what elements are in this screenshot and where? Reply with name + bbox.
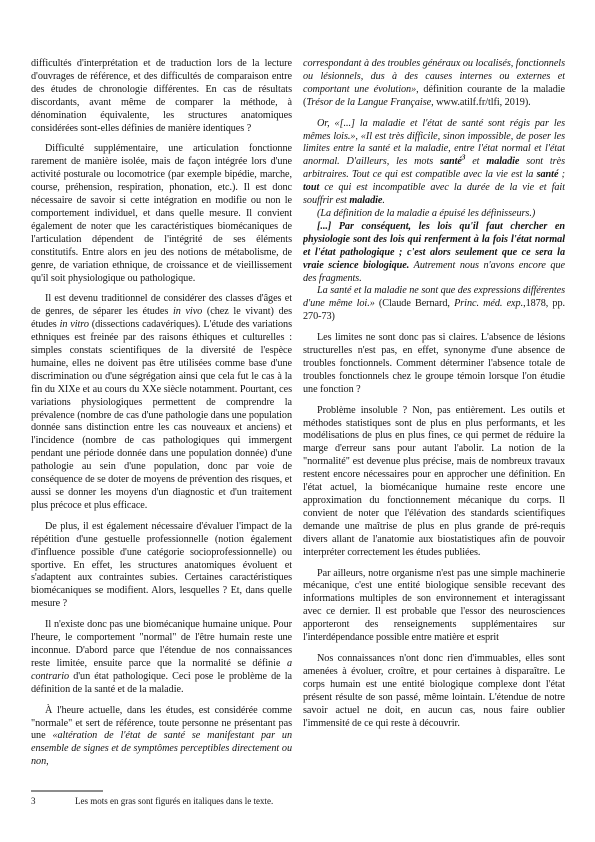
paragraph: À l'heure actuelle, dans les études, est… bbox=[31, 705, 292, 770]
text-run: in vivo bbox=[173, 306, 202, 317]
text-run: Problème insoluble ? Non, pas entièremen… bbox=[303, 405, 565, 558]
text-run: difficultés d'interprétation et de tradu… bbox=[31, 58, 292, 134]
right-column: correspondant à des troubles généraux ou… bbox=[303, 58, 565, 814]
paragraph: Il n'existe donc pas une biomécanique hu… bbox=[31, 619, 292, 696]
text-run: Il n'existe donc pas une biomécanique hu… bbox=[31, 619, 292, 669]
paragraph: De plus, il est également nécessaire d'é… bbox=[31, 521, 292, 611]
left-column: difficultés d'interprétation et de tradu… bbox=[31, 58, 292, 786]
paragraph: [...] Par conséquent, les lois qu'il fau… bbox=[303, 221, 565, 286]
paragraph: Nos connaissances n'ont donc rien d'immu… bbox=[303, 653, 565, 730]
text-run: (Claude Bernard, bbox=[375, 298, 454, 309]
text-run: De plus, il est également nécessaire d'é… bbox=[31, 521, 292, 609]
paragraph: difficultés d'interprétation et de tradu… bbox=[31, 58, 292, 135]
text-run: Princ. méd. exp. bbox=[454, 298, 523, 309]
paragraph: Par ailleurs, notre organisme n'est pas … bbox=[303, 568, 565, 645]
text-run: d'un état pathologique. Ceci pose le pro… bbox=[31, 671, 292, 695]
text-run: Par ailleurs, notre organisme n'est pas … bbox=[303, 568, 565, 644]
text-run: (La définition de la maladie a épuisé le… bbox=[317, 208, 535, 219]
paragraph: Il est devenu traditionnel de considérer… bbox=[31, 293, 292, 512]
footnote-marker: 3 bbox=[31, 795, 75, 807]
text-run: . bbox=[382, 195, 385, 206]
text-run: Les limites ne sont donc pas si claires.… bbox=[303, 332, 565, 395]
text-run: ce qui est incompatible avec la durée de… bbox=[303, 182, 565, 206]
text-run: maladie bbox=[486, 156, 519, 167]
footnote-separator bbox=[31, 790, 103, 792]
paragraph: Or, «[...] la maladie et l'état de santé… bbox=[303, 118, 565, 208]
footnote-text: Les mots en gras sont figurés en italiqu… bbox=[75, 795, 292, 807]
document-page: difficultés d'interprétation et de tradu… bbox=[0, 0, 595, 842]
text-run: santé bbox=[440, 156, 462, 167]
text-run: maladie bbox=[349, 195, 382, 206]
paragraph: (La définition de la maladie a épuisé le… bbox=[303, 208, 565, 221]
text-run: Nos connaissances n'ont donc rien d'immu… bbox=[303, 653, 565, 729]
paragraph: correspondant à des troubles généraux ou… bbox=[303, 58, 565, 110]
footnote: 3 Les mots en gras sont figurés en itali… bbox=[31, 790, 292, 807]
text-run: Trésor de la Langue Française bbox=[306, 97, 431, 108]
text-run: tout bbox=[303, 182, 319, 193]
footnote-line: 3 Les mots en gras sont figurés en itali… bbox=[31, 795, 292, 807]
text-run: , www.atilf.fr/tlfi, 2019). bbox=[431, 97, 531, 108]
text-run: Difficulté supplémentaire, une articulat… bbox=[31, 143, 292, 283]
text-run: ; bbox=[558, 169, 565, 180]
paragraph: Les limites ne sont donc pas si claires.… bbox=[303, 332, 565, 397]
text-run: in vitro bbox=[60, 319, 89, 330]
paragraph: Difficulté supplémentaire, une articulat… bbox=[31, 143, 292, 285]
paragraph: Problème insoluble ? Non, pas entièremen… bbox=[303, 405, 565, 560]
text-run: et bbox=[465, 156, 486, 167]
text-run: «altération de l'état de santé se manife… bbox=[31, 730, 292, 767]
text-run: (dissections cadavériques). L'étude des … bbox=[31, 319, 292, 511]
text-run: santé bbox=[537, 169, 559, 180]
paragraph: La santé et la maladie ne sont que des e… bbox=[303, 285, 565, 324]
